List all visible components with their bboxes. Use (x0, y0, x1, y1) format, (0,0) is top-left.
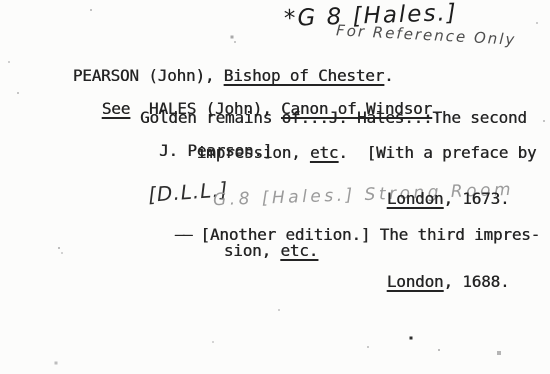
entry1-imprint-place: London (387, 189, 444, 208)
entry2-line2: sion, etc. (186, 224, 318, 278)
see-word: See (102, 99, 130, 118)
entry2-imprint-place: London (387, 272, 444, 291)
scan-speckles (0, 0, 2, 2)
entry2-etc: etc. (280, 241, 318, 260)
entry1-etc: etc (310, 143, 338, 162)
entry2-imprint: London, 1688. (349, 255, 509, 309)
catalog-card: *G 8 [Hales.] For Reference Only [D.L.L.… (0, 0, 550, 374)
entry1-line1: Golden remains of...J. Hales..:The secon… (140, 109, 527, 127)
entry2-line2-pre: sion, (224, 241, 281, 260)
handwritten-reference-note: For Reference Only (336, 21, 517, 48)
entry1-line3: J. Pearson.] (159, 142, 272, 160)
entry1-line2-post: . [With a preface by (338, 143, 536, 162)
entry1-imprint-date: , 1673. (443, 189, 509, 208)
entry2-imprint-date: , 1688. (443, 272, 509, 291)
